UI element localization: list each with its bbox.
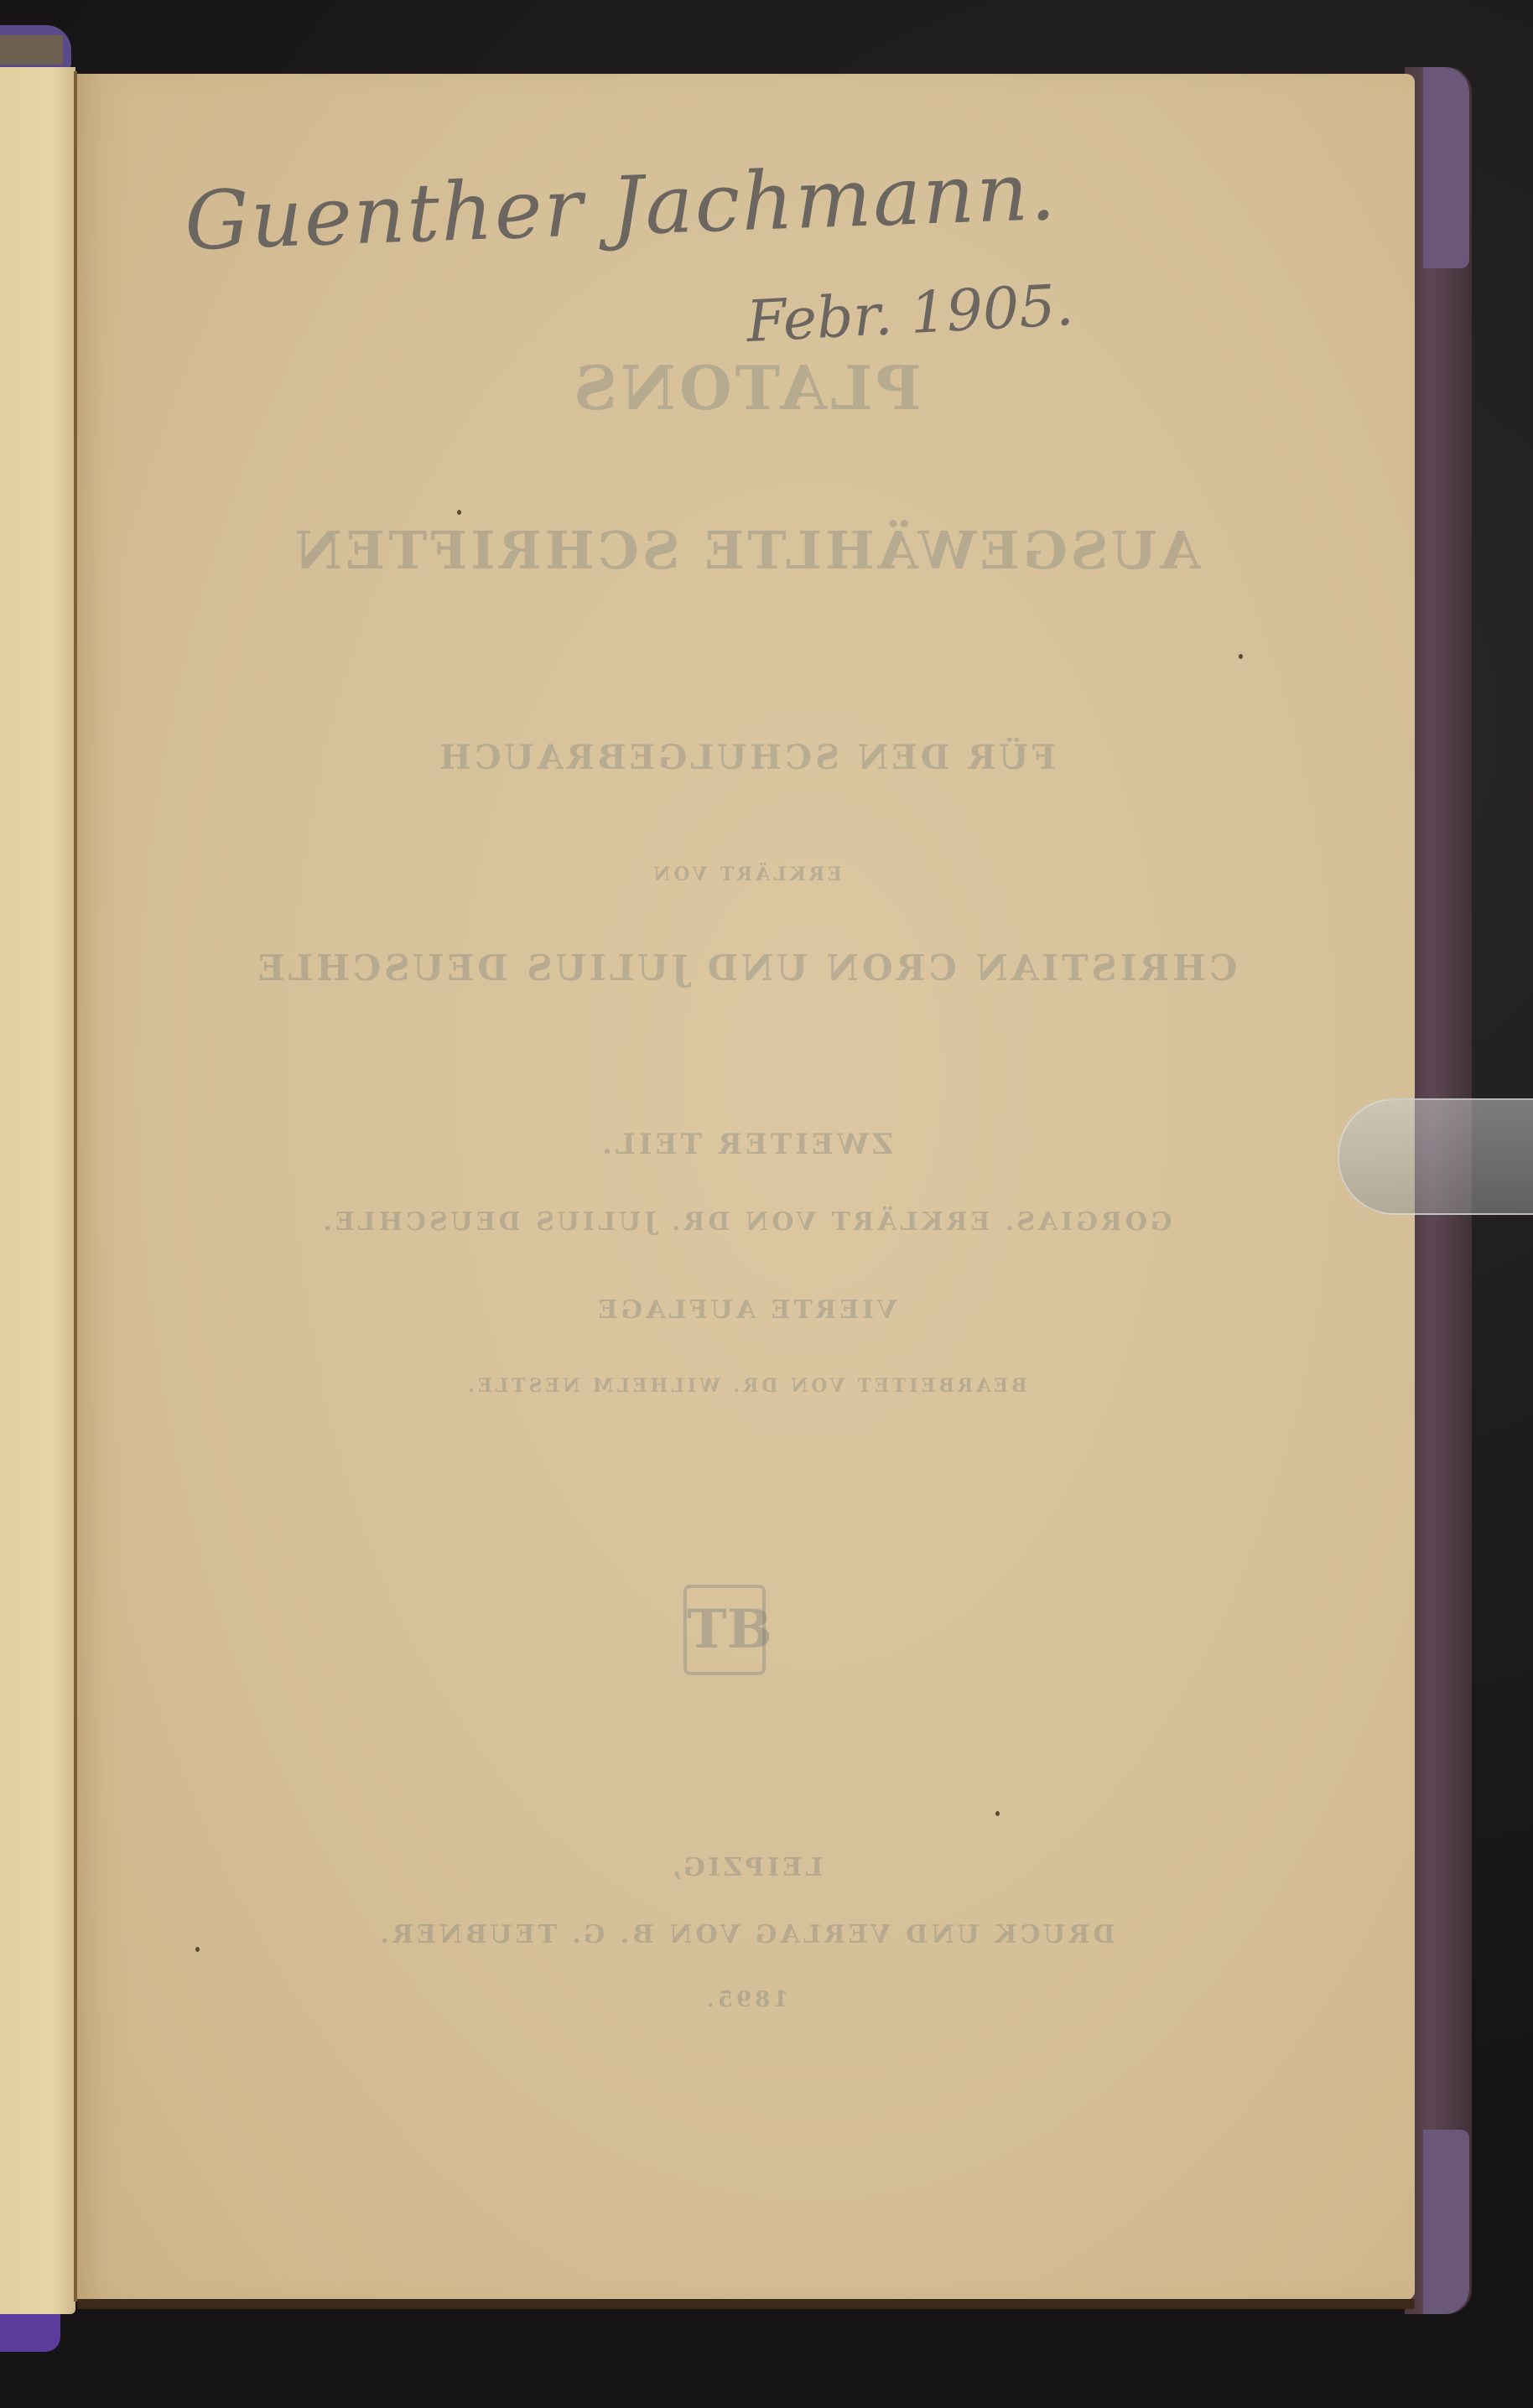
- show-through-subtitle: AUSGEWÄHLTE SCHRIFTEN: [77, 520, 1415, 581]
- show-through-volume: GORGIAS. ERKLÄRT VON DR. JULIUS DEUSCHLE…: [77, 1207, 1415, 1237]
- paper-speck: [457, 510, 461, 515]
- show-through-edition: VIERTE AUFLAGE: [77, 1295, 1415, 1325]
- page-holder-clip: [1338, 1098, 1533, 1215]
- left-cover-board-bottom: [0, 2310, 60, 2352]
- show-through-reviser: BEARBEITET VON DR. WILHELM NESTLE.: [77, 1375, 1415, 1397]
- show-through-publisher: DRUCK UND VERLAG VON B. G. TEUBNER.: [77, 1920, 1415, 1949]
- show-through-editors: CHRISTIAN CRON UND JULIUS DEUSCHLE: [77, 947, 1415, 989]
- paper-speck: [1239, 654, 1243, 659]
- left-cover-board-top: [0, 25, 71, 71]
- show-through-title: PLATONS: [77, 352, 1415, 423]
- cloth-corner-bottom: [1423, 2130, 1469, 2314]
- show-through-part: ZWEITER TEIL.: [77, 1128, 1415, 1161]
- show-through-explained-by: ERKLÄRT VON: [77, 864, 1415, 885]
- cloth-corner-top: [1423, 67, 1469, 268]
- paper-speck: [195, 1947, 200, 1952]
- left-page: [0, 67, 75, 2314]
- paper-speck: [995, 1811, 1000, 1816]
- publisher-logo-icon: TB: [683, 1585, 766, 1675]
- show-through-purpose: FÜR DEN SCHULGEBRAUCH: [77, 738, 1415, 777]
- page-bottom-edge: [77, 2299, 1415, 2309]
- show-through-city: LEIPZIG,: [77, 1853, 1415, 1882]
- show-through-year: 1895.: [77, 1987, 1415, 2012]
